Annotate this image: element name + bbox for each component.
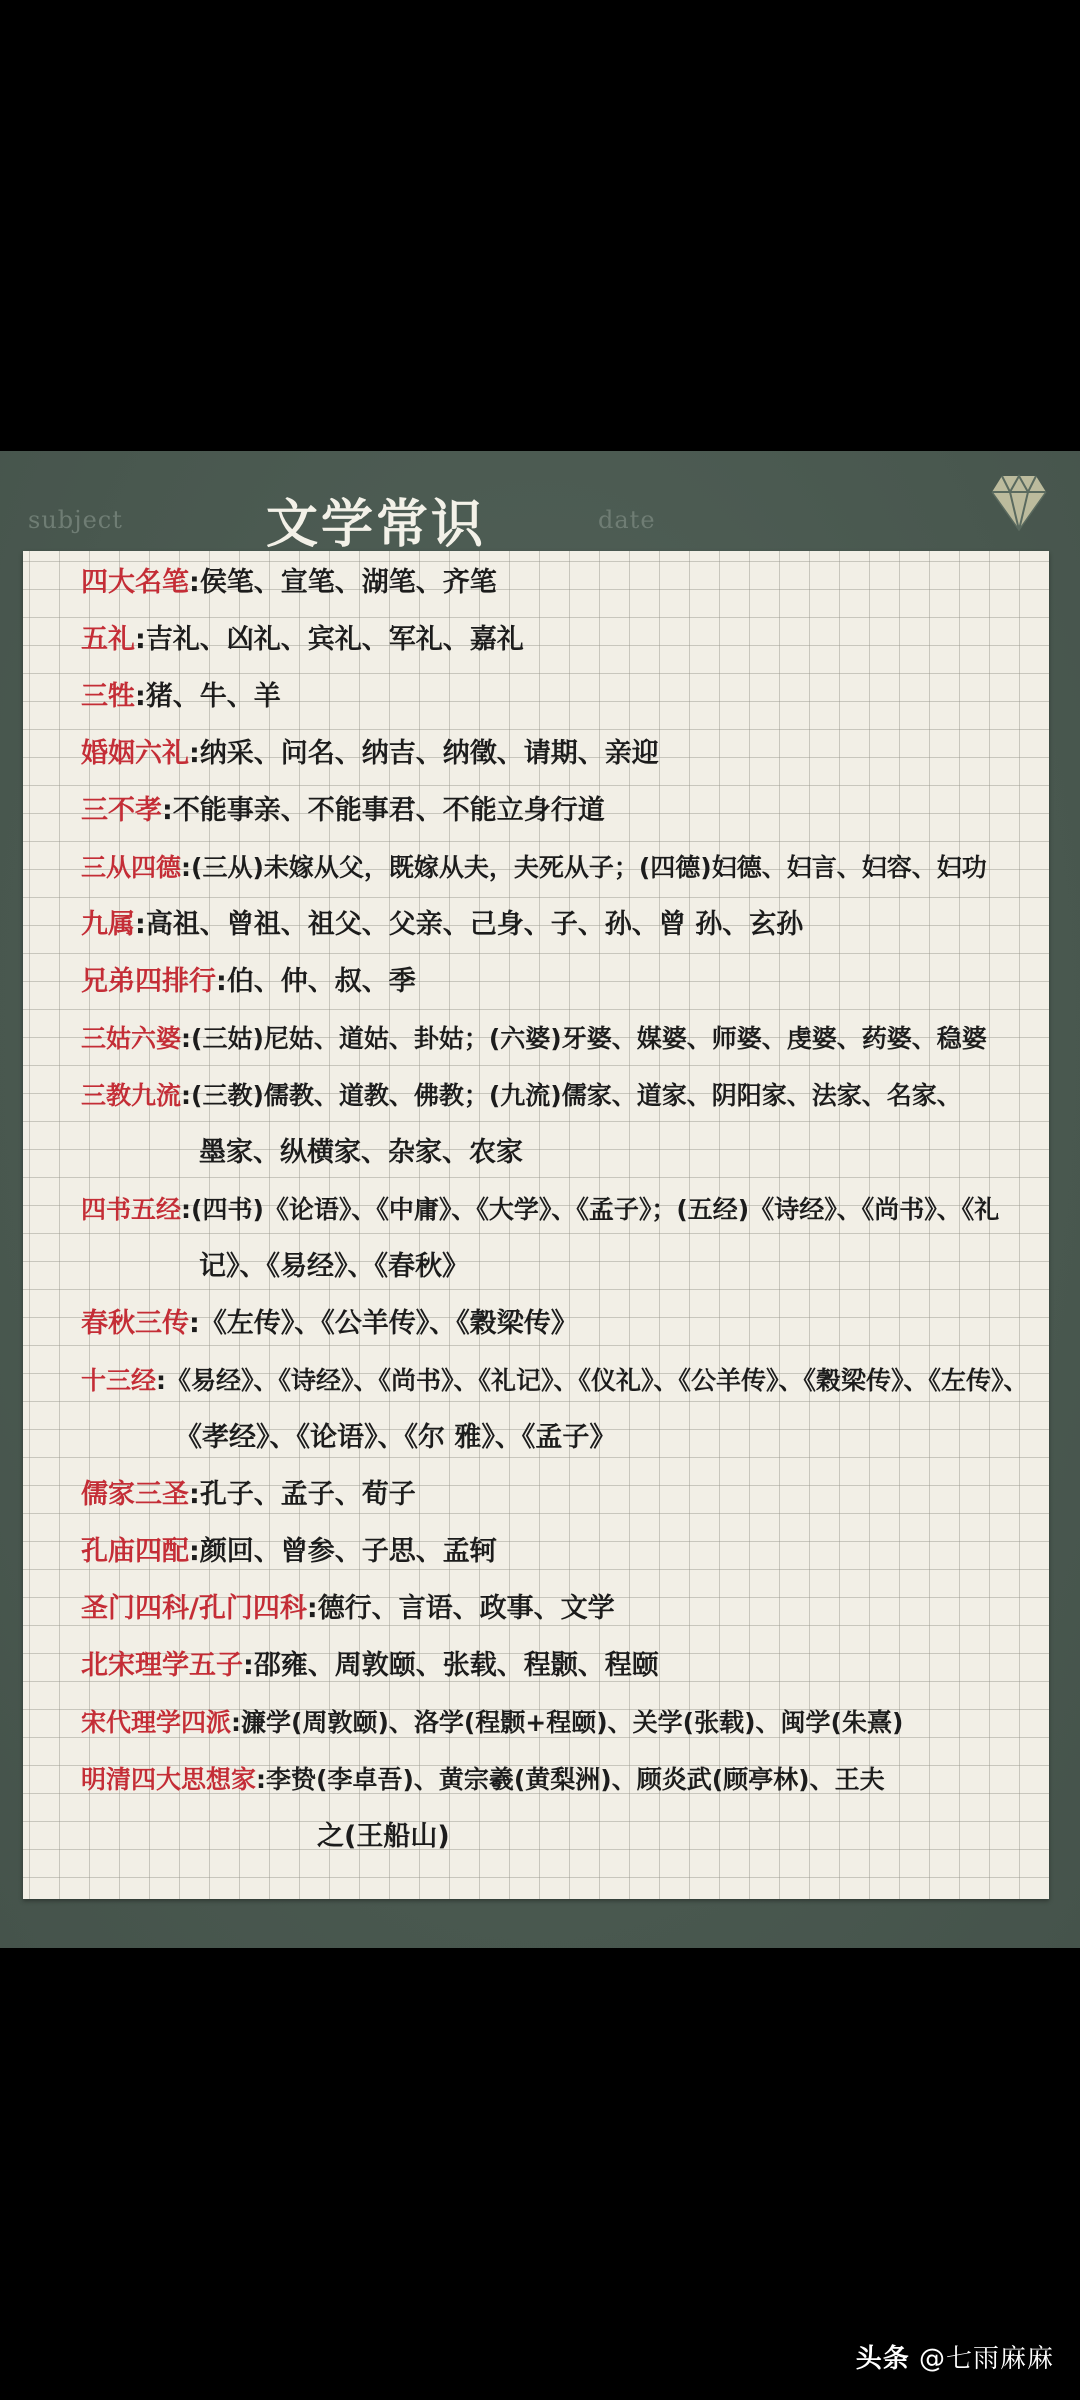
entry-content: (四书)《论语》、《中庸》、《大学》、《孟子》；(五经)《诗经》、《尚书》、《礼 — [191, 1195, 999, 1224]
entry-content: (三姑)尼姑、道姑、卦姑；(六婆)牙婆、媒婆、师婆、虔婆、药婆、稳婆 — [191, 1024, 987, 1053]
list-item: 四书五经:(四书)《论语》、《中庸》、《大学》、《孟子》；(五经)《诗经》、《尚… — [81, 1188, 1037, 1232]
entry-content: 纳采、问名、纳吉、纳徵、请期、亲迎 — [200, 738, 659, 769]
list-item: 宋代理学四派:濂学(周敦颐)、洛学(程颢+程颐)、关学(张载)、闽学(朱熹) — [81, 1701, 1037, 1745]
entry-content: 濂学(周敦颐)、洛学(程颢+程颐)、关学(张载)、闽学(朱熹) — [241, 1708, 903, 1737]
entry-label: 三姑六婆 — [81, 1024, 181, 1053]
entry-label: 春秋三传 — [81, 1308, 189, 1339]
list-item: 兄弟四排行:伯、仲、叔、季 — [81, 960, 1037, 1004]
entry-content: 邵雍、周敦颐、张载、程颢、程颐 — [254, 1650, 659, 1681]
list-item: 北宋理学五子:邵雍、周敦颐、张载、程颢、程颐 — [81, 1644, 1037, 1688]
list-item: 春秋三传:《左传》、《公羊传》、《穀梁传》 — [81, 1302, 1037, 1346]
list-item: 三不孝:不能事亲、不能事君、不能立身行道 — [81, 789, 1037, 833]
entry-content: (三教)儒教、道教、佛教；(九流)儒家、道家、阴阳家、法家、名家、 — [191, 1081, 962, 1110]
list-item: 三教九流:(三教)儒教、道教、佛教；(九流)儒家、道家、阴阳家、法家、名家、 — [81, 1074, 1037, 1118]
list-item: 九属:高祖、曾祖、祖父、父亲、己身、子、孙、曾 孙、玄孙 — [81, 903, 1037, 947]
entry-label: 圣门四科/孔门四科 — [81, 1593, 307, 1624]
entry-content: 《易经》、《诗经》、《尚书》、《礼记》、《仪礼》、《公羊传》、《穀梁传》、《左传… — [166, 1366, 1029, 1395]
list-item: 十三经:《易经》、《诗经》、《尚书》、《礼记》、《仪礼》、《公羊传》、《穀梁传》… — [81, 1359, 1037, 1403]
entry-label: 北宋理学五子 — [81, 1650, 243, 1681]
list-item: 婚姻六礼:纳采、问名、纳吉、纳徵、请期、亲迎 — [81, 732, 1037, 776]
entry-label: 孔庙四配 — [81, 1536, 189, 1567]
date-label: date — [598, 506, 656, 534]
entry-label: 三不孝 — [81, 795, 162, 826]
entry-label: 三教九流 — [81, 1081, 181, 1110]
entry-continuation: 《孝经》、《论语》、《尔 雅》、《孟子》 — [175, 1416, 616, 1460]
entry-content: 《左传》、《公羊传》、《穀梁传》 — [200, 1308, 578, 1339]
list-item: 明清四大思想家:李贽(李卓吾)、黄宗羲(黄梨洲)、顾炎武(顾亭林)、王夫 — [81, 1758, 1037, 1802]
entry-label: 儒家三圣 — [81, 1479, 189, 1510]
list-item: 儒家三圣:孔子、孟子、荀子 — [81, 1473, 1037, 1517]
subject-label: subject — [28, 506, 123, 534]
entry-content: 高祖、曾祖、祖父、父亲、己身、子、孙、曾 孙、玄孙 — [146, 909, 803, 940]
entry-label: 明清四大思想家 — [81, 1765, 256, 1794]
watermark-brand: 头条 — [856, 2344, 910, 2374]
list-item: 圣门四科/孔门四科:德行、言语、政事、文学 — [81, 1587, 1037, 1631]
entry-label: 四书五经 — [81, 1195, 181, 1224]
watermark: 头条 @七雨麻麻 — [856, 2338, 1054, 2375]
list-item: 三牲:猪、牛、羊 — [81, 675, 1037, 719]
entry-label: 婚姻六礼 — [81, 738, 189, 769]
entry-continuation: 之(王船山) — [317, 1815, 450, 1859]
entry-content: 孔子、孟子、荀子 — [200, 1479, 416, 1510]
entry-label: 九属 — [81, 909, 135, 940]
entry-label: 宋代理学四派 — [81, 1708, 231, 1737]
entry-label: 三牲 — [81, 681, 135, 712]
entry-label: 兄弟四排行 — [81, 966, 216, 997]
entry-continuation: 记》、《易经》、《春秋》 — [199, 1245, 469, 1289]
watermark-author: @七雨麻麻 — [919, 2344, 1054, 2374]
entry-content: 猪、牛、羊 — [146, 681, 281, 712]
list-item: 三从四德:(三从)未嫁从父，既嫁从夫，夫死从子；(四德)妇德、妇言、妇容、妇功 — [81, 846, 1037, 890]
list-item: 五礼:吉礼、凶礼、宾礼、军礼、嘉礼 — [81, 618, 1037, 662]
page-title: 文学常识 — [266, 482, 486, 557]
list-item: 三姑六婆:(三姑)尼姑、道姑、卦姑；(六婆)牙婆、媒婆、师婆、虔婆、药婆、稳婆 — [81, 1017, 1037, 1061]
entry-label: 四大名笔 — [81, 567, 189, 598]
entry-label: 三从四德 — [81, 853, 181, 882]
grid-paper: 四大名笔:侯笔、宣笔、湖笔、齐笔 五礼:吉礼、凶礼、宾礼、军礼、嘉礼 三牲:猪、… — [23, 551, 1049, 1899]
entry-label: 五礼 — [81, 624, 135, 655]
diamond-icon — [990, 472, 1048, 532]
list-item: 孔庙四配:颜回、曾参、子思、孟轲 — [81, 1530, 1037, 1574]
entry-content: 德行、言语、政事、文学 — [318, 1593, 615, 1624]
entry-content: 伯、仲、叔、季 — [227, 966, 416, 997]
entry-content: 吉礼、凶礼、宾礼、军礼、嘉礼 — [146, 624, 524, 655]
entry-label: 十三经 — [81, 1366, 156, 1395]
entry-content: 李贽(李卓吾)、黄宗羲(黄梨洲)、顾炎武(顾亭林)、王夫 — [266, 1765, 885, 1794]
entry-content: 颜回、曾参、子思、孟轲 — [200, 1536, 497, 1567]
entry-content: 侯笔、宣笔、湖笔、齐笔 — [200, 567, 497, 598]
list-item: 四大名笔:侯笔、宣笔、湖笔、齐笔 — [81, 561, 1037, 605]
entry-content: 不能事亲、不能事君、不能立身行道 — [173, 795, 605, 826]
entry-continuation: 墨家、纵横家、杂家、农家 — [199, 1131, 523, 1175]
entry-content: (三从)未嫁从父，既嫁从夫，夫死从子；(四德)妇德、妇言、妇容、妇功 — [191, 853, 987, 882]
